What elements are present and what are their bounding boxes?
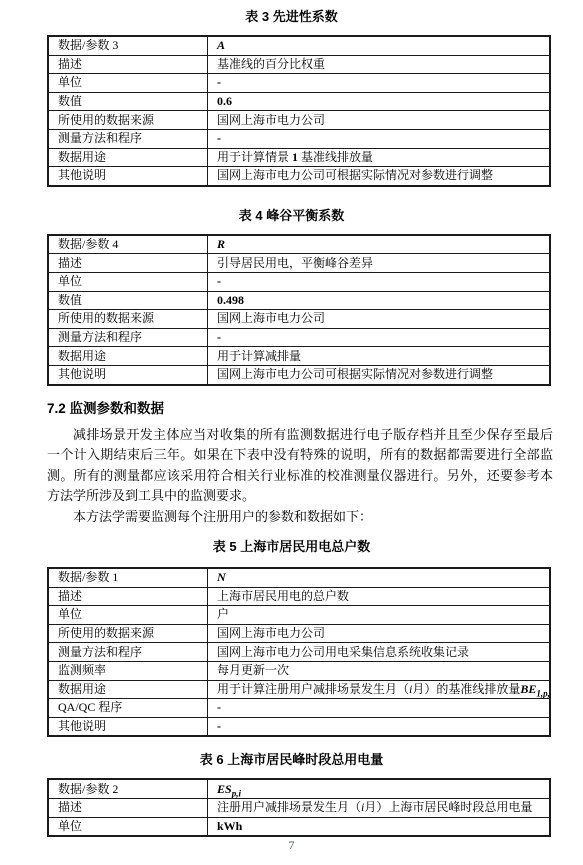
table-row: 测量方法和程序-: [48, 328, 550, 347]
table-row: 单位kWh: [48, 817, 550, 836]
parameter-table: 数据/参数 1N描述上海市居民用电的总户数单位户所使用的数据来源国网上海市电力公…: [47, 567, 551, 737]
row-label: 单位: [48, 74, 208, 93]
row-label: 描述: [48, 254, 208, 273]
value-run: -: [217, 719, 221, 733]
value-run: -: [217, 274, 221, 288]
row-label: 数据用途: [48, 148, 208, 167]
value-run: kWh: [217, 819, 242, 833]
row-value: -: [208, 74, 551, 93]
row-label: QA/QC 程序: [48, 699, 208, 718]
row-value: 用于计算注册用户减排场景发生月（i月）的基准线排放量BE1,p,i、BE1,g,…: [208, 680, 551, 699]
row-value: 每月更新一次: [208, 661, 551, 680]
row-value: 户: [208, 606, 551, 625]
row-label: 测量方法和程序: [48, 328, 208, 347]
row-label: 其他说明: [48, 717, 208, 736]
table-row: 所使用的数据来源国网上海市电力公司: [48, 624, 550, 643]
table-row: 数据用途用于计算注册用户减排场景发生月（i月）的基准线排放量BE1,p,i、BE…: [48, 680, 550, 699]
row-label: 单位: [48, 272, 208, 291]
row-label: 数据/参数 4: [48, 235, 208, 254]
table-row: 监测频率每月更新一次: [48, 661, 550, 680]
row-label: 所使用的数据来源: [48, 310, 208, 329]
row-value: 国网上海市电力公司可根据实际情况对参数进行调整: [208, 365, 551, 384]
table-row: 所使用的数据来源国网上海市电力公司: [48, 310, 550, 329]
section-heading: 7.2 监测参数和数据: [47, 400, 553, 417]
row-value: -: [208, 717, 551, 736]
table-caption: 表 6 上海市居民峰时段总用电量: [0, 752, 583, 768]
value-run: 0.498: [217, 293, 244, 307]
body-paragraph: 本方法学需要监测每个注册用户的参数和数据如下：: [47, 507, 553, 528]
row-label: 数值: [48, 92, 208, 111]
row-label: 描述: [48, 798, 208, 817]
table-row: 数据用途用于计算情景 1 基准线排放量: [48, 148, 550, 167]
table-row: 数值0.6: [48, 92, 550, 111]
row-value: kWh: [208, 817, 551, 836]
value-run: 0.6: [217, 94, 232, 108]
table-row: 其他说明国网上海市电力公司可根据实际情况对参数进行调整: [48, 167, 550, 186]
row-value: R: [208, 235, 551, 254]
table-row: 数据/参数 4R: [48, 235, 550, 254]
row-label: 单位: [48, 606, 208, 625]
table-row: 数据用途用于计算减排量: [48, 347, 550, 366]
value-run: 引导居民用电，平衡峰谷差异: [217, 256, 373, 270]
table-row: 其他说明国网上海市电力公司可根据实际情况对参数进行调整: [48, 365, 550, 384]
table-row: 所使用的数据来源国网上海市电力公司: [48, 111, 550, 130]
row-label: 描述: [48, 55, 208, 74]
value-run: -: [217, 75, 221, 89]
value-run: 用于计算减排量: [217, 349, 301, 363]
row-label: 数据用途: [48, 347, 208, 366]
row-value: 用于计算情景 1 基准线排放量: [208, 148, 551, 167]
page-number: 7: [0, 838, 583, 853]
row-label: 监测频率: [48, 661, 208, 680]
table-row: 描述注册用户减排场景发生月（i月）上海市居民峰时段总用电量: [48, 798, 550, 817]
value-run: -: [217, 330, 221, 344]
value-run: 国网上海市电力公司: [217, 626, 325, 640]
parameter-table: 数据/参数 4R描述引导居民用电，平衡峰谷差异单位-数值0.498所使用的数据来…: [47, 234, 551, 386]
document-page: 表 3 先进性系数 数据/参数 3A描述基准线的百分比权重单位-数值0.6所使用…: [0, 0, 583, 865]
row-value: 国网上海市电力公司用电采集信息系统收集记录: [208, 643, 551, 662]
table-row: 单位户: [48, 606, 550, 625]
table-row: 数据/参数 1N: [48, 568, 550, 587]
value-run: 月）上海市居民峰时段总用电量: [364, 800, 532, 814]
row-value: N: [208, 568, 551, 587]
row-value: 国网上海市电力公司: [208, 624, 551, 643]
value-run: 国网上海市电力公司: [217, 311, 325, 325]
row-value: 国网上海市电力公司: [208, 111, 551, 130]
row-label: 数据/参数 3: [48, 36, 208, 55]
row-label: 数据用途: [48, 680, 208, 699]
row-label: 测量方法和程序: [48, 643, 208, 662]
table-row: 测量方法和程序国网上海市电力公司用电采集信息系统收集记录: [48, 643, 550, 662]
row-value: 国网上海市电力公司: [208, 310, 551, 329]
value-run: 每月更新一次: [217, 663, 289, 677]
value-run: 国网上海市电力公司可根据实际情况对参数进行调整: [217, 168, 493, 182]
row-value: 上海市居民用电的总户数: [208, 587, 551, 606]
table-caption: 表 3 先进性系数: [0, 0, 583, 25]
row-label: 单位: [48, 817, 208, 836]
row-value: 引导居民用电，平衡峰谷差异: [208, 254, 551, 273]
table-caption: 表 5 上海市居民用电总户数: [0, 539, 583, 555]
table-row: 数据/参数 3A: [48, 36, 550, 55]
value-run: 国网上海市电力公司可根据实际情况对参数进行调整: [217, 367, 493, 381]
value-run: -: [217, 700, 221, 714]
table-row: 描述引导居民用电，平衡峰谷差异: [48, 254, 550, 273]
table-row: 描述上海市居民用电的总户数: [48, 587, 550, 606]
value-run: 月）的基准线排放量: [412, 682, 520, 696]
table-row: 数据/参数 2ESp,i: [48, 779, 550, 798]
row-value: -: [208, 699, 551, 718]
table-row: 单位-: [48, 272, 550, 291]
row-value: 注册用户减排场景发生月（i月）上海市居民峰时段总用电量: [208, 798, 551, 817]
row-value: 0.6: [208, 92, 551, 111]
value-run: 上海市居民用电的总户数: [217, 589, 349, 603]
table-row: 单位-: [48, 74, 550, 93]
value-run: -: [217, 131, 221, 145]
value-run: 户: [217, 607, 229, 621]
parameter-table: 数据/参数 2ESp,i描述注册用户减排场景发生月（i月）上海市居民峰时段总用电…: [47, 778, 551, 837]
value-run: ES: [217, 782, 232, 796]
row-value: 用于计算减排量: [208, 347, 551, 366]
row-label: 所使用的数据来源: [48, 624, 208, 643]
row-label: 描述: [48, 587, 208, 606]
table-row: 数值0.498: [48, 291, 550, 310]
row-label: 其他说明: [48, 167, 208, 186]
table-caption: 表 4 峰谷平衡系数: [0, 208, 583, 224]
row-value: -: [208, 272, 551, 291]
row-value: 国网上海市电力公司可根据实际情况对参数进行调整: [208, 167, 551, 186]
row-label: 其他说明: [48, 365, 208, 384]
row-label: 测量方法和程序: [48, 129, 208, 148]
row-value: 0.498: [208, 291, 551, 310]
value-run: 国网上海市电力公司: [217, 113, 325, 127]
row-value: -: [208, 129, 551, 148]
row-value: A: [208, 36, 551, 55]
table-row: 测量方法和程序-: [48, 129, 550, 148]
value-run: 国网上海市电力公司用电采集信息系统收集记录: [217, 645, 469, 659]
value-run: 基准线排放量: [298, 150, 373, 164]
value-run: 基准线的百分比权重: [217, 57, 325, 71]
value-run: BE: [520, 682, 536, 696]
value-run: 1,p,i: [536, 688, 550, 698]
value-run: 注册用户减排场景发生月（: [217, 800, 361, 814]
value-run: 用于计算注册用户减排场景发生月（: [217, 682, 409, 696]
row-label: 所使用的数据来源: [48, 111, 208, 130]
table-row: 其他说明-: [48, 717, 550, 736]
body-paragraph: 减排场景开发主体应当对收集的所有监测数据进行电子版存档并且至少保存至最后一个计入…: [47, 425, 553, 507]
row-label: 数据/参数 2: [48, 779, 208, 798]
table-row: QA/QC 程序-: [48, 699, 550, 718]
row-value: 基准线的百分比权重: [208, 55, 551, 74]
value-run: 用于计算情景: [217, 150, 292, 164]
value-run: A: [217, 38, 225, 52]
row-label: 数值: [48, 291, 208, 310]
value-run: p,i: [232, 788, 241, 798]
row-value: ESp,i: [208, 779, 551, 798]
value-run: N: [217, 570, 226, 584]
value-run: R: [217, 237, 225, 251]
parameter-table: 数据/参数 3A描述基准线的百分比权重单位-数值0.6所使用的数据来源国网上海市…: [47, 35, 551, 187]
row-label: 数据/参数 1: [48, 568, 208, 587]
row-value: -: [208, 328, 551, 347]
table-row: 描述基准线的百分比权重: [48, 55, 550, 74]
